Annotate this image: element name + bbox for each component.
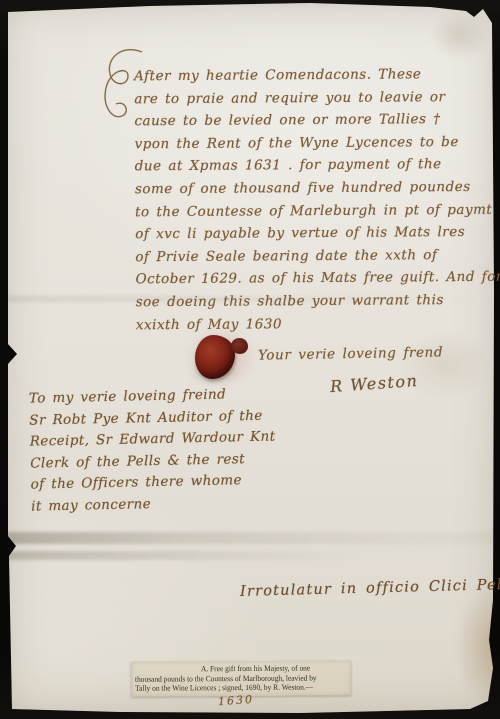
letter-line: After my heartie Comendacons. These bbox=[134, 63, 499, 88]
letter-line: soe doeing this shalbe your warrant this bbox=[136, 289, 500, 314]
letter-line: cause to be levied one or more Tallies † bbox=[134, 108, 499, 133]
docket-year: 1630 bbox=[218, 693, 255, 708]
letter-closing: Your verie loveing frend bbox=[258, 344, 443, 363]
letter-line: due at Xpmas 1631 . for payment of the bbox=[135, 153, 500, 178]
paper-stain bbox=[455, 585, 500, 710]
wax-seal-droplet bbox=[231, 338, 248, 354]
letter-line: of Privie Seale bearing date the xxth of bbox=[135, 243, 500, 268]
letter-line: are to praie and require you to leavie o… bbox=[134, 85, 499, 110]
paper-stain bbox=[430, 10, 490, 60]
fold-crease bbox=[4, 551, 424, 560]
letter-line: of xvc li payable by vertue of his Mats … bbox=[135, 221, 500, 246]
document-scan: After my heartie Comendacons. These are … bbox=[0, 0, 500, 719]
letter-line: vpon the Rent of the Wyne Lycences to be bbox=[135, 131, 500, 156]
fold-crease bbox=[4, 532, 496, 544]
letter-line: to the Countesse of Marleburgh in pt of … bbox=[135, 198, 500, 223]
caption-slip: A. Free gift from his Majesty, of one th… bbox=[131, 660, 351, 696]
wax-seal bbox=[191, 331, 251, 383]
letter-body: After my heartie Comendacons. These are … bbox=[134, 63, 500, 337]
address-block: To my verie loveing freind Sr Robt Pye K… bbox=[29, 383, 282, 517]
letter-line: October 1629. as of his Mats free guift.… bbox=[135, 266, 500, 291]
letter-line: some of one thousand five hundred pounde… bbox=[135, 176, 500, 201]
caption-line: Tally on the Wine Licences ; signed, 169… bbox=[135, 683, 332, 694]
